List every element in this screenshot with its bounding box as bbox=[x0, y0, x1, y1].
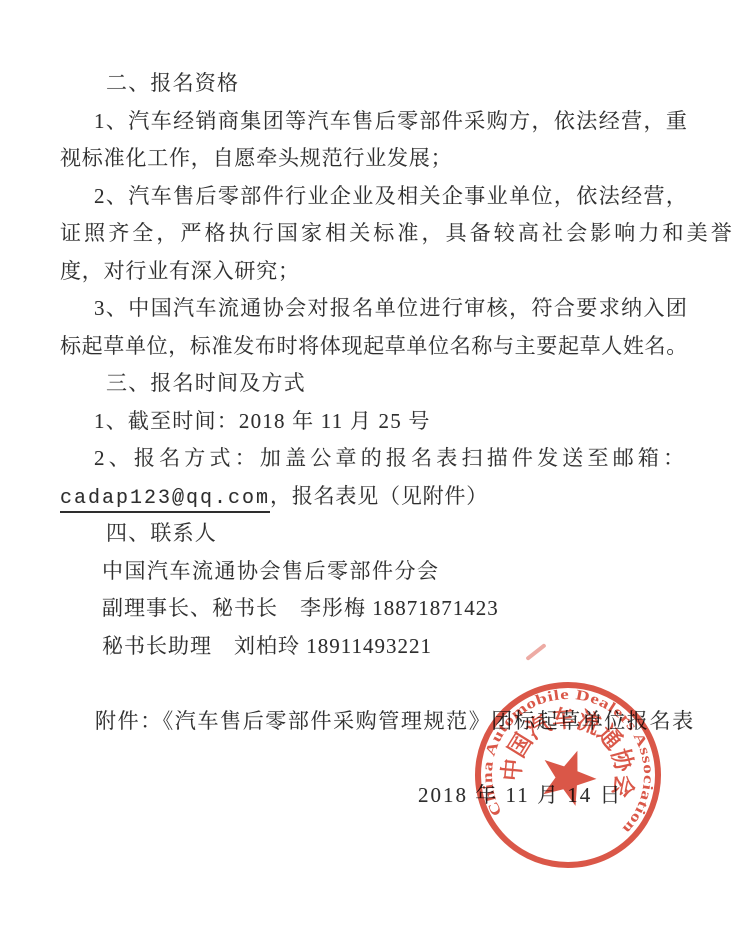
paragraph-line: 2、报名方式：加盖公章的报名表扫描件发送至邮箱： bbox=[60, 440, 688, 478]
red-star-icon bbox=[534, 741, 604, 809]
email-line: cadap123@qq.com，报名表见（见附件） bbox=[60, 478, 688, 516]
text-segment: 2、汽车售后零部件行业企业及相关企事业单位，依法经营， bbox=[94, 184, 688, 208]
text-segment: 视标准化工作，自愿牵头规范行业发展； bbox=[60, 146, 452, 170]
section-heading-2: 二、报名资格 bbox=[60, 65, 688, 103]
section-heading-4: 四、联系人 bbox=[60, 515, 688, 553]
contact-org-line: 中国汽车流通协会售后零部件分会 bbox=[60, 553, 688, 591]
text-segment: 副理事长、秘书长 李彤梅 18871871423 bbox=[102, 596, 499, 620]
text-segment: 3、中国汽车流通协会对报名单位进行审核，符合要求纳入团 bbox=[94, 296, 688, 320]
text-segment: 2、报名方式：加盖公章的报名表扫描件发送至邮箱： bbox=[94, 446, 688, 470]
document-body: 二、报名资格1、汽车经销商集团等汽车售后零部件采购方，依法经营，重视标准化工作，… bbox=[60, 65, 688, 740]
paragraph-line: 1、汽车经销商集团等汽车售后零部件采购方，依法经营，重 bbox=[60, 103, 688, 141]
paragraph-line: 标起草单位，标准发布时将体现起草单位名称与主要起草人姓名。 bbox=[60, 328, 688, 366]
paragraph-line: 2、汽车售后零部件行业企业及相关企事业单位，依法经营， bbox=[60, 178, 688, 216]
text-segment: 秘书长助理 刘柏玲 18911493221 bbox=[102, 634, 432, 658]
contact-line: 秘书长助理 刘柏玲 18911493221 bbox=[60, 628, 688, 666]
text-segment: 标起草单位，标准发布时将体现起草单位名称与主要起草人姓名。 bbox=[60, 334, 688, 358]
document-page: 二、报名资格1、汽车经销商集团等汽车售后零部件采购方，依法经营，重视标准化工作，… bbox=[0, 0, 746, 932]
contact-line: 副理事长、秘书长 李彤梅 18871871423 bbox=[60, 590, 688, 628]
text-segment: 二、报名资格 bbox=[106, 71, 239, 95]
paragraph-line: 证照齐全，严格执行国家相关标准，具备较高社会影响力和美誉 bbox=[60, 215, 688, 253]
paragraph-line: 度，对行业有深入研究； bbox=[60, 253, 688, 291]
text-segment: 1、汽车经销商集团等汽车售后零部件采购方，依法经营，重 bbox=[94, 109, 688, 133]
text-segment: 度，对行业有深入研究； bbox=[60, 259, 300, 283]
text-segment: 1、截至时间：2018 年 11 月 25 号 bbox=[94, 409, 431, 433]
text-segment: 四、联系人 bbox=[106, 521, 217, 545]
section-heading-3: 三、报名时间及方式 bbox=[60, 365, 688, 403]
deadline-line: 1、截至时间：2018 年 11 月 25 号 bbox=[60, 403, 688, 441]
email-address: cadap123@qq.com bbox=[60, 487, 270, 513]
text-segment: 中国汽车流通协会售后零部件分会 bbox=[102, 559, 440, 583]
paragraph-line: 视标准化工作，自愿牵头规范行业发展； bbox=[60, 140, 688, 178]
text-segment: ，报名表见（见附件） bbox=[270, 484, 488, 508]
text-segment: 证照齐全，严格执行国家相关标准，具备较高社会影响力和美誉 bbox=[60, 221, 735, 245]
text-segment: 三、报名时间及方式 bbox=[106, 371, 306, 395]
seal-group: China Automobile Dealers Association 中国汽… bbox=[471, 678, 665, 872]
official-seal: China Automobile Dealers Association 中国汽… bbox=[471, 678, 665, 872]
paragraph-line: 3、中国汽车流通协会对报名单位进行审核，符合要求纳入团 bbox=[60, 290, 688, 328]
